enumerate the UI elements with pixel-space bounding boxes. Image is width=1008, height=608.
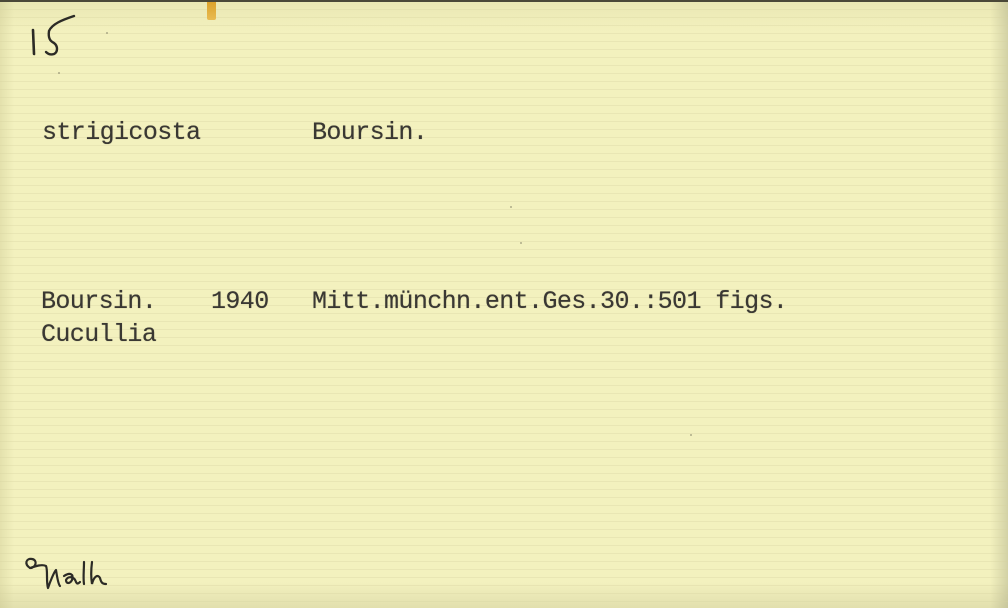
species-name: strigicosta	[42, 120, 200, 145]
handwritten-initials: Walk	[20, 554, 130, 598]
paper-speck	[510, 206, 512, 208]
orange-tab-mark	[207, 2, 216, 20]
reference-citation: Mitt.münchn.ent.Ges.30.:501 figs.	[312, 289, 787, 314]
species-author: Boursin.	[312, 120, 427, 145]
index-card: 15 strigicosta Boursin. Boursin. 1940 Mi…	[0, 0, 1008, 608]
paper-speck	[58, 72, 60, 74]
paper-speck	[690, 434, 692, 436]
genus-name: Cucullia	[41, 322, 156, 347]
handwritten-card-number: 15	[28, 14, 88, 60]
reference-author: Boursin.	[41, 289, 156, 314]
paper-speck	[106, 32, 108, 34]
paper-speck	[520, 242, 522, 244]
reference-year: 1940	[211, 289, 269, 314]
